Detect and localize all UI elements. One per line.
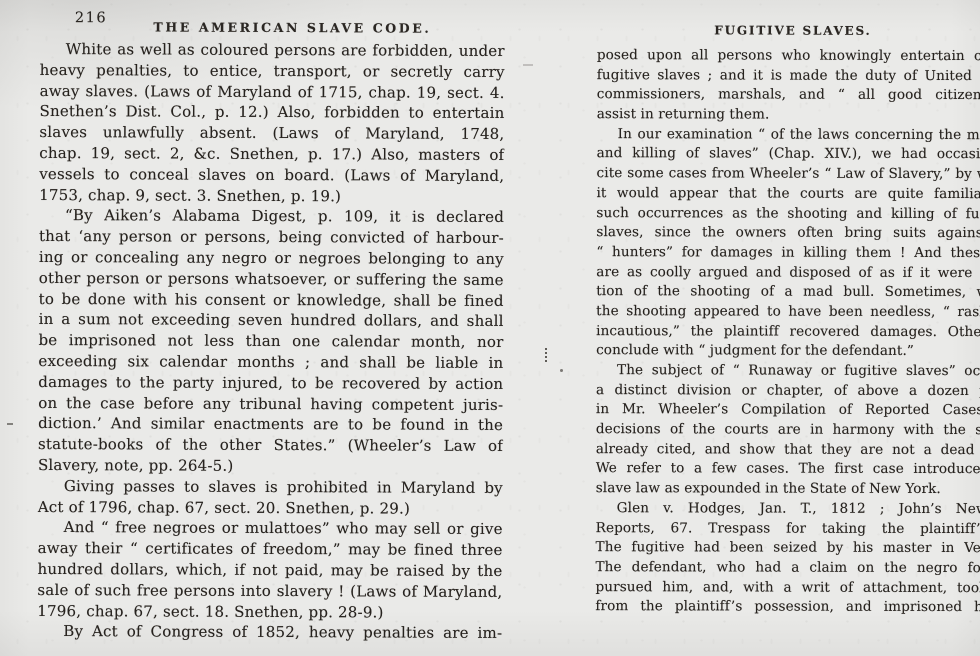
text-line: White as well as coloured persons are fo… <box>40 39 505 62</box>
text-line: The subject of “ Runaway or fugitive sla… <box>596 361 980 382</box>
text-line: hundred dollars, which, if not paid, may… <box>37 559 502 582</box>
text-line: are as coolly argued and disposed of as … <box>596 263 980 284</box>
text-line: 1796, chap. 67, sect. 18. Snethen, pp. 2… <box>37 600 502 623</box>
scanned-book-spread: { "scan": { "paper_color": "#eaeae8", "i… <box>0 0 980 656</box>
text-line: commissioners, marshals, and “ all good … <box>597 85 980 106</box>
text-line: By Act of Congress of 1852, heavy penalt… <box>37 621 502 644</box>
text-line: posed upon all persons who knowingly ent… <box>597 46 980 67</box>
text-line: vessels to conceal slaves on board. (Law… <box>39 164 504 187</box>
left-page-text-block: White as well as coloured persons are fo… <box>37 39 505 644</box>
text-line: tion of the shooting of a mad bull. Some… <box>596 282 980 303</box>
text-line: slaves unlawfully absent. (Laws of Maryl… <box>39 122 504 145</box>
text-line: heavy penalties, to entice, transport, o… <box>40 60 505 83</box>
text-line: fugitive slaves ; and it is made the dut… <box>597 66 980 87</box>
text-line: in a sum not exceeding seven hundred dol… <box>39 309 504 332</box>
text-line: the shooting appeared to have been needl… <box>596 302 980 323</box>
text-line: already cited, and show that they are no… <box>596 440 980 461</box>
text-line: ing or concealing any negro or negroes b… <box>39 247 504 270</box>
text-line: conclude with “ judgment for the defenda… <box>596 341 980 362</box>
text-line: other person or persons whatsoever, or s… <box>39 268 504 291</box>
text-line: diction.’ And similar enactments are to … <box>38 413 503 436</box>
text-line: “By Aiken’s Alabama Digest, p. 109, it i… <box>39 205 504 228</box>
text-line: Slavery, note, pp. 264-5.) <box>38 455 503 478</box>
text-line: Giving passes to slaves is prohibited in… <box>38 476 503 499</box>
text-line: from the plaintiff’s possession, and imp… <box>595 597 980 618</box>
text-line: incautious,” the plaintiff recovered dam… <box>596 322 980 343</box>
left-page: 216 THE AMERICAN SLAVE CODE. White as we… <box>0 0 560 656</box>
text-line: pursued him, and, with a writ of attachm… <box>595 578 980 599</box>
text-line: The fugitive had been seized by his mast… <box>596 538 980 559</box>
text-line: in Mr. Wheeler’s Compilation of Reported… <box>596 400 980 421</box>
text-line: Glen v. Hodges, Jan. T., 1812 ; John’s N… <box>596 499 980 520</box>
text-line: Act of 1796, chap. 67, sect. 20. Snethen… <box>38 496 503 519</box>
text-line: decisions of the courts are in harmony w… <box>596 420 980 441</box>
text-line: on the case before any tribunal having c… <box>38 392 503 415</box>
running-head-right: FUGITIVE SLAVES. <box>597 23 980 38</box>
text-line: it would appear that the courts are quit… <box>596 184 980 205</box>
text-line: Snethen’s Dist. Col., p. 12.) Also, forb… <box>39 101 504 124</box>
text-line: to be done with his consent or knowledge… <box>39 289 504 312</box>
text-line: 1753, chap. 9, sect. 3. Snethen, p. 19.) <box>39 185 504 208</box>
running-head-left: THE AMERICAN SLAVE CODE. <box>60 19 525 36</box>
text-line: chap. 19, sect. 2, &c. Snethen, p. 17.) … <box>39 143 504 166</box>
text-line: exceeding six calendar months ; and shal… <box>38 351 503 374</box>
text-line: damages to the party injured, to be reco… <box>38 372 503 395</box>
text-line: slave law as expounded in the State of N… <box>596 479 980 500</box>
text-line: and killing of slaves” (Chap. XIV.), we … <box>597 145 980 166</box>
text-line: Reports, 67. Trespass for taking the pla… <box>596 519 980 540</box>
right-page: FUGITIVE SLAVES. posed upon all persons … <box>558 0 980 656</box>
text-line: a distinct division or chapter, of above… <box>596 381 980 402</box>
text-line: assist in returning them. <box>597 105 980 126</box>
text-line: statute-books of the other States.” (Whe… <box>38 434 503 457</box>
text-line: away their “ certificates of freedom,” m… <box>38 538 503 561</box>
text-line: slaves, since the owners often bring sui… <box>596 223 980 244</box>
text-line: We refer to a few cases. The first case … <box>596 460 980 481</box>
text-line: such occurrences as the shooting and kil… <box>596 204 980 225</box>
text-line: that ‘any person or persons, being convi… <box>39 226 504 249</box>
text-line: “ hunters” for damages in killing them !… <box>596 243 980 264</box>
right-page-text-block: posed upon all persons who knowingly ent… <box>595 46 980 618</box>
text-line: sale of such free persons into slavery !… <box>37 580 502 603</box>
text-line: And “ free negroes or mulattoes” who may… <box>38 517 503 540</box>
text-line: The defendant, who had a claim on the ne… <box>595 558 980 579</box>
text-line: be imprisoned not less than one calendar… <box>38 330 503 353</box>
text-line: away slaves. (Laws of Maryland of 1715, … <box>40 81 505 104</box>
text-line: cite some cases from Wheeler’s “ Law of … <box>597 164 980 185</box>
text-line: In our examination “ of the laws concern… <box>597 125 980 146</box>
